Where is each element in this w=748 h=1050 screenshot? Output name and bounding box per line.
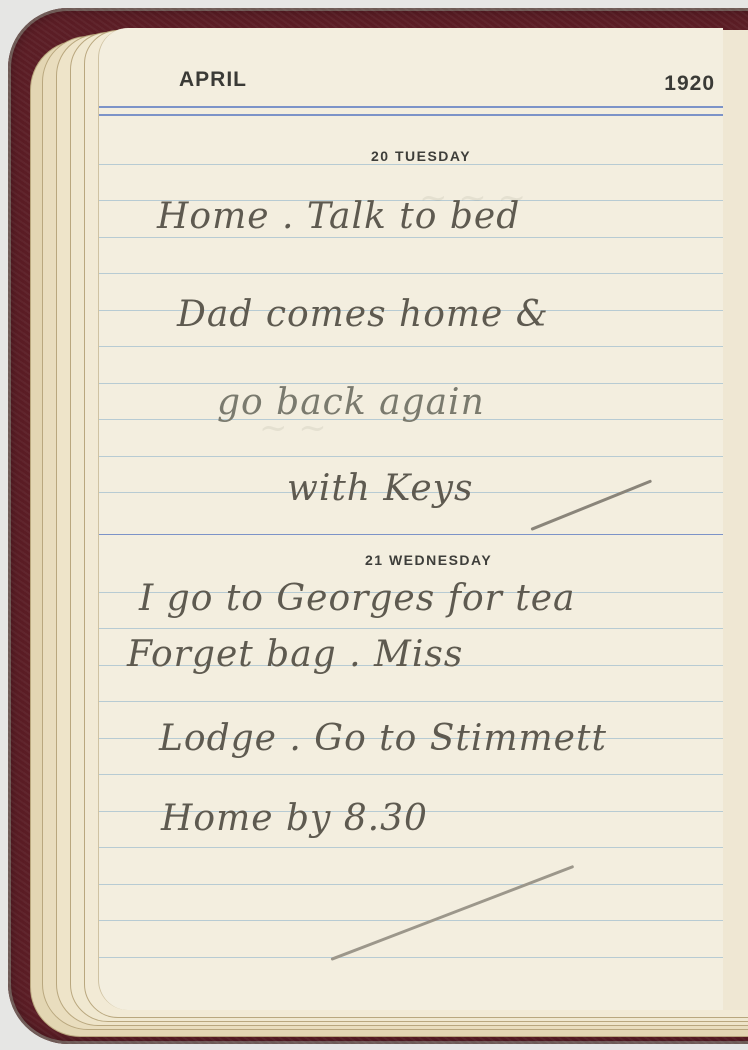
ruled-line xyxy=(99,774,723,775)
handwritten-line: Home . Talk to bed xyxy=(157,196,520,237)
facing-page-edge xyxy=(722,30,748,1010)
header-rule xyxy=(99,106,723,108)
year-label: 1920 xyxy=(664,72,715,96)
ruled-line xyxy=(99,920,723,921)
ruled-line xyxy=(99,957,723,958)
handwritten-line: I go to Georges for tea xyxy=(139,578,576,619)
handwritten-line: Forget bag . Miss xyxy=(127,634,463,675)
ruled-line xyxy=(99,456,723,457)
day-divider-rule xyxy=(99,534,723,535)
ruled-line xyxy=(99,346,723,347)
ruled-line xyxy=(99,164,723,165)
ruled-line xyxy=(99,273,723,274)
ruled-line xyxy=(99,237,723,238)
month-label: APRIL xyxy=(179,68,247,92)
handwritten-line: Lodge . Go to Stimmett xyxy=(159,718,607,759)
handwritten-line: go back again xyxy=(217,382,485,423)
header-rule xyxy=(99,114,723,116)
ink-flourish xyxy=(530,479,652,530)
ruled-line xyxy=(99,701,723,702)
day-header-wednesday: 21 WEDNESDAY xyxy=(365,552,492,568)
handwritten-line: with Keys xyxy=(287,468,473,509)
handwritten-line: Dad comes home & xyxy=(177,294,549,335)
ruled-line xyxy=(99,628,723,629)
ink-flourish xyxy=(330,865,574,961)
handwritten-line: Home by 8.30 xyxy=(161,798,428,839)
ruled-line xyxy=(99,884,723,885)
day-header-tuesday: 20 TUESDAY xyxy=(371,148,471,164)
diary-page: APRIL 1920 ~ ~ ~ ~ ~ 20 TUESDAY Home . T… xyxy=(98,28,723,1010)
ruled-line xyxy=(99,847,723,848)
